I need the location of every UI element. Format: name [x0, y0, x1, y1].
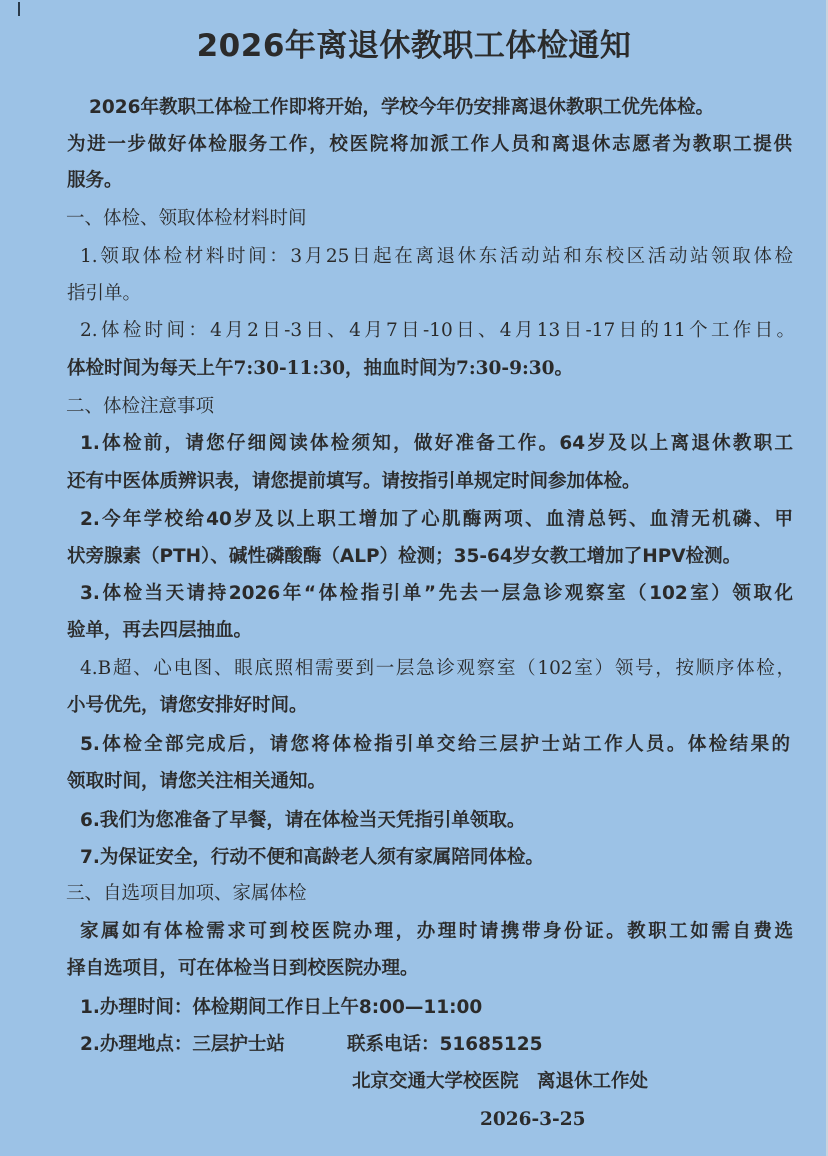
section-2-item-1-line-2: 还有中医体质辨识表，请您提前填写。请按指引单规定时间参加体检。	[67, 470, 641, 494]
section-3-item-2-location: 2.办理地点：三层护士站	[80, 1033, 285, 1057]
section-3-para-line-1: 家属如有体检需求可到校医院办理，办理时请携带身份证。教职工如需自费选	[80, 920, 793, 944]
section-1-item-2-line-2: 体检时间为每天上午7:30-11:30，抽血时间为7:30-9:30。	[67, 357, 573, 381]
section-1-heading: 一、体检、领取体检材料时间	[66, 207, 307, 231]
section-2-item-5-line-1: 5.体检全部完成后，请您将体检指引单交给三层护士站工作人员。体检结果的	[80, 733, 790, 757]
section-2-item-2-line-1: 2.今年学校给40岁及以上职工增加了心肌酶两项、血清总钙、血清无机磷、甲	[80, 508, 793, 532]
section-2-item-2-line-2: 状旁腺素（PTH）、碱性磷酸酶（ALP）检测；35-64岁女教工增加了HPV检测…	[67, 545, 741, 569]
section-3-item-1: 1.办理时间：体检期间工作日上午8:00—11:00	[80, 996, 482, 1020]
text-cursor	[18, 2, 20, 16]
section-1-item-2-line-1: 2.体检时间：4月2日-3日、4月7日-10日、4月13日-17日的11个工作日…	[80, 319, 795, 343]
section-2-item-1-line-1: 1.体检前，请您仔细阅读体检须知，做好准备工作。64岁及以上离退休教职工	[80, 432, 793, 456]
signature-org: 北京交通大学校医院 离退休工作处	[352, 1070, 648, 1094]
signature-date: 2026-3-25	[480, 1108, 585, 1132]
document-title: 2026年离退休教职工体检通知	[0, 20, 828, 65]
section-2-item-5-line-2: 领取时间，请您关注相关通知。	[67, 770, 326, 794]
section-2-item-3-line-2: 验单，再去四层抽血。	[67, 619, 252, 643]
intro-line-2: 为进一步做好体检服务工作，校医院将加派工作人员和离退休志愿者为教职工提供	[67, 133, 792, 157]
intro-line-1: 2026年教职工体检工作即将开始，学校今年仍安排离退休教职工优先体检。	[89, 96, 714, 120]
section-2-heading: 二、体检注意事项	[66, 395, 214, 419]
section-2-item-4-line-2: 小号优先，请您安排好时间。	[67, 694, 308, 718]
section-2-item-4-line-1: 4.B超、心电图、眼底照相需要到一层急诊观察室（102室）领号，按顺序体检，	[80, 657, 795, 681]
section-1-item-1-line-2: 指引单。	[67, 282, 141, 306]
section-1-item-1-line-1: 1.领取体检材料时间：3月25日起在离退休东活动站和东校区活动站领取体检	[80, 245, 793, 269]
section-2-item-7: 7.为保证安全，行动不便和高龄老人须有家属陪同体检。	[80, 846, 544, 870]
section-3-heading: 三、自选项目加项、家属体检	[66, 882, 307, 906]
section-3-item-2-contact: 联系电话：51685125	[347, 1033, 542, 1057]
document-page: 2026年离退休教职工体检通知 2026年教职工体检工作即将开始，学校今年仍安排…	[0, 0, 828, 1156]
section-2-item-3-line-1: 3.体检当天请持2026年“体检指引单”先去一层急诊观察室（102室）领取化	[80, 582, 793, 606]
section-2-item-6: 6.我们为您准备了早餐，请在体检当天凭指引单领取。	[80, 809, 525, 833]
intro-line-3: 服务。	[67, 169, 123, 193]
section-3-para-line-2: 择自选项目，可在体检当日到校医院办理。	[67, 957, 419, 981]
